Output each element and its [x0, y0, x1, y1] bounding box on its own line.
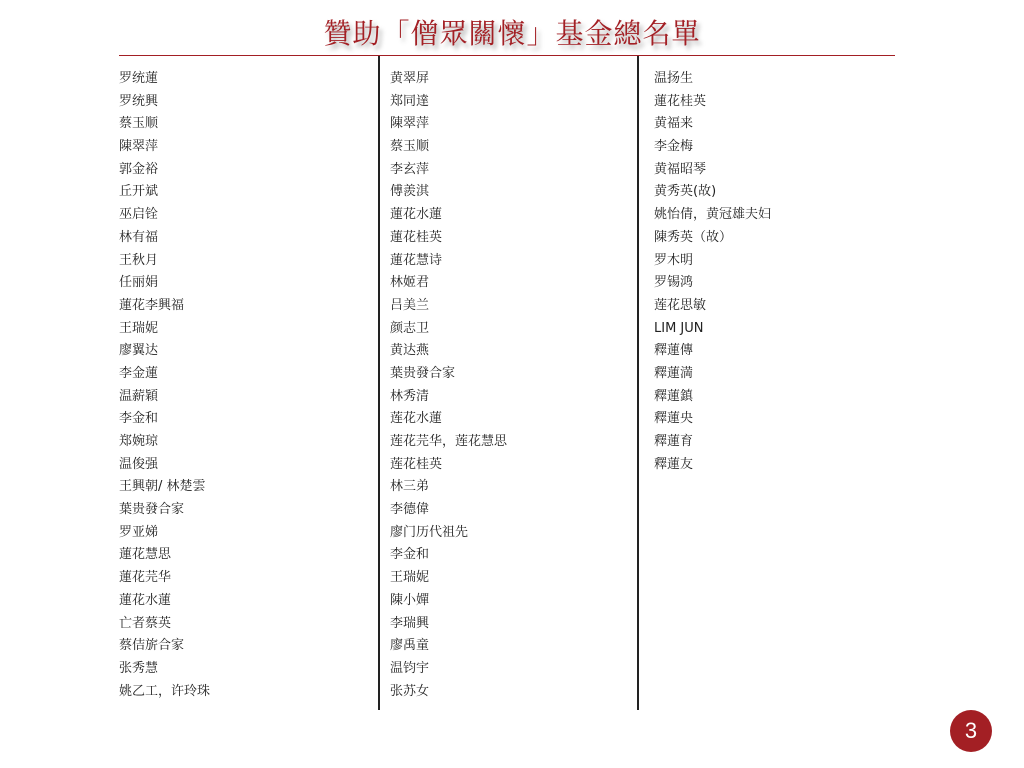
donor-name: 李瑞興 [390, 613, 507, 636]
donor-name: 王瑞妮 [119, 318, 210, 341]
donor-name: 釋蓮央 [654, 408, 771, 431]
donor-name: 温钧宇 [390, 658, 507, 681]
donor-name: 廖门历代祖先 [390, 522, 507, 545]
donor-name: 罗统蓮 [119, 68, 210, 91]
donor-name: 亡者蔡英 [119, 613, 210, 636]
page-title: 贊助「僧眾關懷」基金總名單 [0, 14, 1024, 54]
donor-name: LIM JUN [654, 318, 771, 341]
donor-name: 蓮花水蓮 [390, 204, 507, 227]
donor-name: 蓮花桂英 [390, 227, 507, 250]
title-underline [119, 55, 895, 56]
donor-name: 王瑞妮 [390, 567, 507, 590]
donor-name: 林有福 [119, 227, 210, 250]
donor-name: 吕美兰 [390, 295, 507, 318]
donor-name: 李金和 [390, 544, 507, 567]
donor-name: 蓮花桂英 [654, 91, 771, 114]
donor-name: 王興朝/ 林楚雲 [119, 476, 210, 499]
name-column-2: 黄翠屏郑同達陳翠萍蔡玉顺李玄萍傅羨淇蓮花水蓮蓮花桂英蓮花慧诗林姬君吕美兰颜志卫黄… [390, 68, 507, 703]
donor-name: 葉贵發合家 [119, 499, 210, 522]
donor-name: 罗亚娣 [119, 522, 210, 545]
donor-name: 莲花思敏 [654, 295, 771, 318]
donor-name: 蓮花慧诗 [390, 250, 507, 273]
donor-name: 蓮花李興福 [119, 295, 210, 318]
donor-name: 陳翠萍 [119, 136, 210, 159]
donor-name: 张苏女 [390, 681, 507, 704]
donor-name: 郑同達 [390, 91, 507, 114]
donor-name: 任丽娟 [119, 272, 210, 295]
donor-name: 廖翼达 [119, 340, 210, 363]
page-number-badge: 3 [950, 710, 992, 752]
donor-name: 巫启铨 [119, 204, 210, 227]
donor-name: 釋蓮育 [654, 431, 771, 454]
donor-name: 颜志卫 [390, 318, 507, 341]
donor-name: 莲花芫华，莲花慧思 [390, 431, 507, 454]
donor-name: 林姬君 [390, 272, 507, 295]
donor-name: 李金蓮 [119, 363, 210, 386]
column-divider-1 [378, 56, 380, 710]
donor-name: 温薪穎 [119, 386, 210, 409]
donor-name: 林三弟 [390, 476, 507, 499]
donor-name: 姚怡倩，黄冠雄夫妇 [654, 204, 771, 227]
donor-name: 葉贵發合家 [390, 363, 507, 386]
donor-name: 莲花桂英 [390, 454, 507, 477]
donor-name: 郑婉琼 [119, 431, 210, 454]
donor-name: 罗锡鸿 [654, 272, 771, 295]
donor-name: 黄翠屏 [390, 68, 507, 91]
donor-name: 温扬生 [654, 68, 771, 91]
donor-name: 陳秀英（故） [654, 227, 771, 250]
donor-name: 蔡玉顺 [119, 113, 210, 136]
donor-name: 廖禹童 [390, 635, 507, 658]
donor-name: 李金梅 [654, 136, 771, 159]
donor-name: 李玄萍 [390, 159, 507, 182]
donor-name: 郭金裕 [119, 159, 210, 182]
donor-name: 蓮花芫华 [119, 567, 210, 590]
donor-name: 罗统興 [119, 91, 210, 114]
donor-name: 黄秀英(故) [654, 181, 771, 204]
column-divider-2 [637, 56, 639, 710]
donor-name: 釋蓮満 [654, 363, 771, 386]
donor-name: 莲花水蓮 [390, 408, 507, 431]
donor-name: 温俊强 [119, 454, 210, 477]
name-column-3: 温扬生蓮花桂英黄福来李金梅黄福昭琴黄秀英(故)姚怡倩，黄冠雄夫妇陳秀英（故）罗木… [654, 68, 771, 476]
donor-name: 釋蓮傳 [654, 340, 771, 363]
donor-name: 傅羨淇 [390, 181, 507, 204]
donor-name: 王秋月 [119, 250, 210, 273]
donor-name: 釋蓮友 [654, 454, 771, 477]
donor-name: 黄达燕 [390, 340, 507, 363]
donor-name: 李德偉 [390, 499, 507, 522]
donor-name: 张秀慧 [119, 658, 210, 681]
donor-name: 蔡佶旂合家 [119, 635, 210, 658]
donor-name: 蓮花水蓮 [119, 590, 210, 613]
donor-name: 陳小嬋 [390, 590, 507, 613]
donor-name: 姚乙工，许玲珠 [119, 681, 210, 704]
donor-name: 罗木明 [654, 250, 771, 273]
donor-name: 李金和 [119, 408, 210, 431]
donor-name: 林秀清 [390, 386, 507, 409]
donor-name: 黄福昭琴 [654, 159, 771, 182]
name-column-1: 罗统蓮罗统興蔡玉顺陳翠萍郭金裕丘开斌巫启铨林有福王秋月任丽娟蓮花李興福王瑞妮廖翼… [119, 68, 210, 703]
donor-name: 釋蓮鎮 [654, 386, 771, 409]
donor-name: 陳翠萍 [390, 113, 507, 136]
donor-name: 蓮花慧思 [119, 544, 210, 567]
donor-name: 黄福来 [654, 113, 771, 136]
donor-name: 蔡玉顺 [390, 136, 507, 159]
donor-name: 丘开斌 [119, 181, 210, 204]
